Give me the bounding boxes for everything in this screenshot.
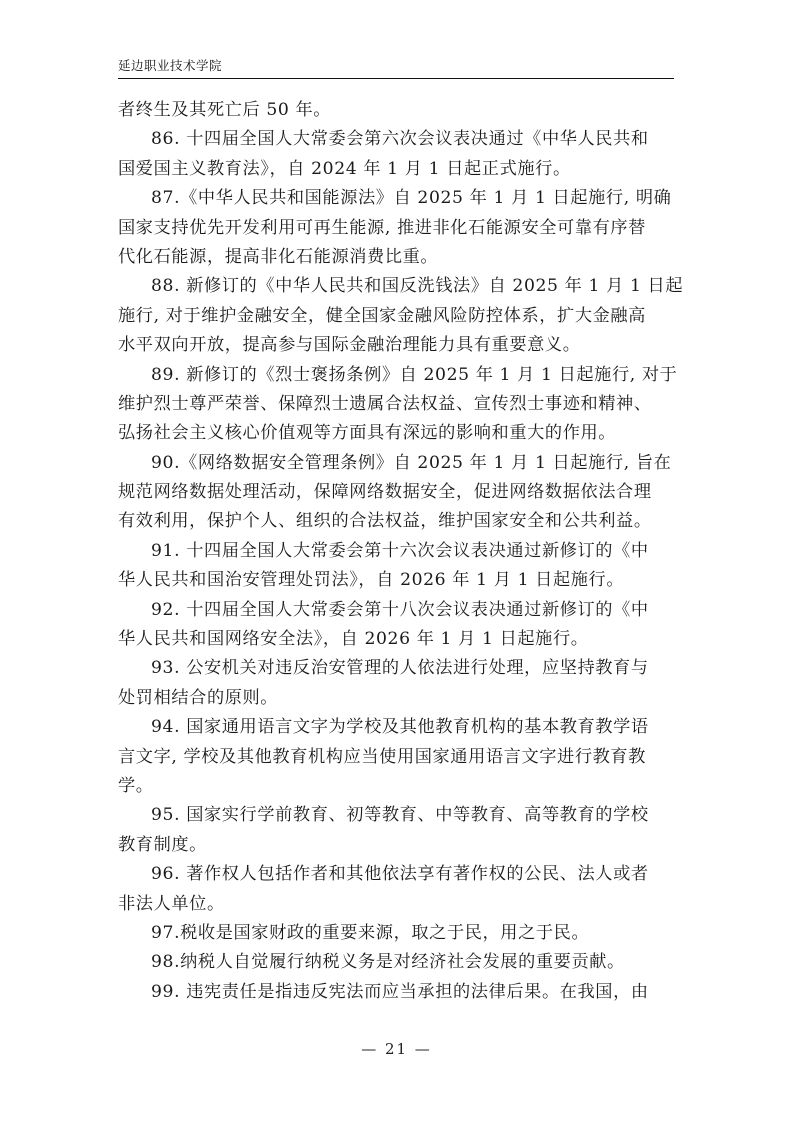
- text-line: 国爱国主义教育法》，自 2024 年 1 月 1 日起正式施行。: [118, 155, 676, 184]
- text-line: 者终生及其死亡后 50 年。: [118, 96, 676, 125]
- text-line: 92. 十四届全国人大常委会第十八次会议表决通过新修订的《中: [118, 596, 676, 625]
- text-line: 非法人单位。: [118, 890, 676, 919]
- text-line: 90.《网络数据安全管理条例》自 2025 年 1 月 1 日起施行, 旨在: [118, 449, 676, 478]
- text-line: 99. 违宪责任是指违反宪法而应当承担的法律后果。在我国，由: [118, 978, 676, 1007]
- text-line: 97.税收是国家财政的重要来源，取之于民，用之于民。: [118, 919, 676, 948]
- page-number: — 21 —: [0, 1040, 793, 1058]
- page-header: 延边职业技术学院: [118, 54, 674, 79]
- text-line: 施行, 对于维护金融安全，健全国家金融风险防控体系，扩大金融高: [118, 302, 676, 331]
- text-line: 弘扬社会主义核心价值观等方面具有深远的影响和重大的作用。: [118, 419, 676, 448]
- document-body: 者终生及其死亡后 50 年。86. 十四届全国人大常委会第六次会议表决通过《中华…: [118, 96, 676, 1007]
- text-line: 94. 国家通用语言文字为学校及其他教育机构的基本教育教学语: [118, 713, 676, 742]
- text-line: 86. 十四届全国人大常委会第六次会议表决通过《中华人民共和: [118, 125, 676, 154]
- text-line: 言文字, 学校及其他教育机构应当使用国家通用语言文字进行教育教: [118, 743, 676, 772]
- text-line: 95. 国家实行学前教育、初等教育、中等教育、高等教育的学校: [118, 801, 676, 830]
- text-line: 规范网络数据处理活动，保障网络数据安全，促进网络数据依法合理: [118, 478, 676, 507]
- text-line: 88. 新修订的《中华人民共和国反洗钱法》自 2025 年 1 月 1 日起: [118, 272, 676, 301]
- text-line: 学。: [118, 772, 676, 801]
- text-line: 国家支持优先开发利用可再生能源, 推进非化石能源安全可靠有序替: [118, 214, 676, 243]
- text-line: 93. 公安机关对违反治安管理的人依法进行处理，应坚持教育与: [118, 654, 676, 683]
- text-line: 代化石能源，提高非化石能源消费比重。: [118, 243, 676, 272]
- text-line: 有效利用，保护个人、组织的合法权益，维护国家安全和公共利益。: [118, 507, 676, 536]
- header-institution-name: 延边职业技术学院: [118, 56, 222, 74]
- text-line: 98.纳税人自觉履行纳税义务是对经济社会发展的重要贡献。: [118, 948, 676, 977]
- text-line: 89. 新修订的《烈士褒扬条例》自 2025 年 1 月 1 日起施行, 对于: [118, 361, 676, 390]
- text-line: 维护烈士尊严荣誉、保障烈士遗属合法权益、宣传烈士事迹和精神、: [118, 390, 676, 419]
- text-line: 水平双向开放，提高参与国际金融治理能力具有重要意义。: [118, 331, 676, 360]
- text-line: 华人民共和国治安管理处罚法》，自 2026 年 1 月 1 日起施行。: [118, 566, 676, 595]
- text-line: 96. 著作权人包括作者和其他依法享有著作权的公民、法人或者: [118, 860, 676, 889]
- text-line: 87.《中华人民共和国能源法》自 2025 年 1 月 1 日起施行, 明确: [118, 184, 676, 213]
- text-line: 处罚相结合的原则。: [118, 684, 676, 713]
- text-line: 教育制度。: [118, 831, 676, 860]
- text-line: 91. 十四届全国人大常委会第十六次会议表决通过新修订的《中: [118, 537, 676, 566]
- text-line: 华人民共和国网络安全法》，自 2026 年 1 月 1 日起施行。: [118, 625, 676, 654]
